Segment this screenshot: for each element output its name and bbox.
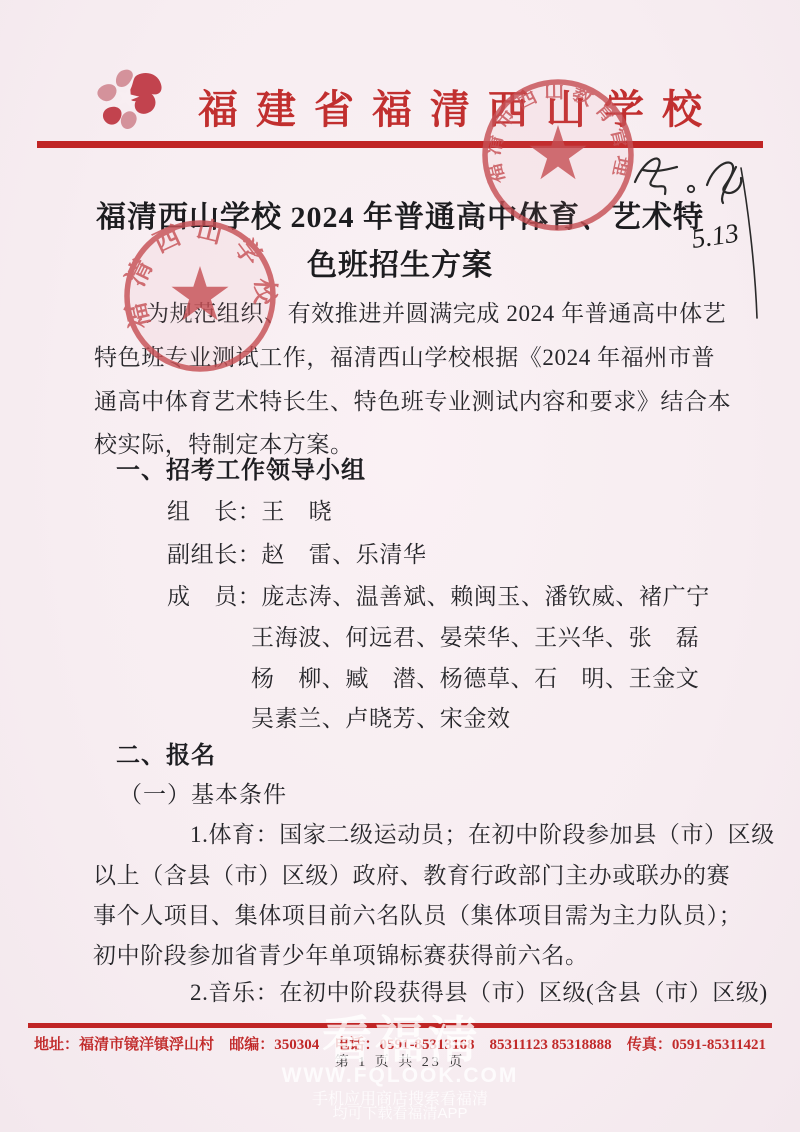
official-stamp-left: 福清西山学校: [110, 206, 290, 386]
intro-line: 通高中体育艺术特长生、特色班专业测试内容和要求》结合本: [94, 383, 731, 416]
basic-conditions-subheading: （一）基本条件: [119, 776, 287, 809]
watermark-note: 均可下载看福清APP: [0, 1102, 800, 1123]
handwritten-signature: 5.13: [615, 140, 795, 330]
members-row: 杨 柳、臧 潜、杨德草、石 明、王金文: [251, 660, 699, 693]
watermark-brand: 看福清: [322, 1000, 481, 1072]
members-row: 成 员：庞志涛、温善斌、赖闽玉、潘钦威、褚广宁: [167, 578, 710, 611]
condition-line: 初中阶段参加省青少年单项锦标赛获得前六名。: [93, 937, 589, 970]
deputy-row: 副组长：赵 雷、乐清华: [167, 536, 427, 569]
members-row: 吴素兰、卢晓芳、宋金效: [251, 700, 511, 733]
handwritten-date: 5.13: [690, 218, 741, 254]
condition-line: 事个人项目、集体项目前六名队员（集体项目需为主力队员）；: [93, 897, 742, 930]
section2-heading: 二、报名: [116, 735, 216, 770]
watermark-url: WWW.FQLOOK.COM: [0, 1064, 800, 1088]
condition-line: 以上（含县（市）区级）政府、教育行政部门主办或联办的赛: [93, 857, 730, 890]
members-row: 王海波、何远君、晏荣华、王兴华、张 磊: [251, 619, 699, 652]
condition-line: 1.体育：国家二级运动员；在初中阶段参加县（市）区级: [190, 816, 775, 849]
leader-row: 组 长：王 晓: [167, 493, 332, 526]
school-logo-icon: [94, 68, 166, 134]
section1-heading: 一、招考工作领导小组: [116, 450, 366, 485]
scanned-document-page: 福建省福清西山学校 福清西山学校 2024 年普通高中体育、艺术特 色班招生方案…: [0, 0, 800, 1132]
